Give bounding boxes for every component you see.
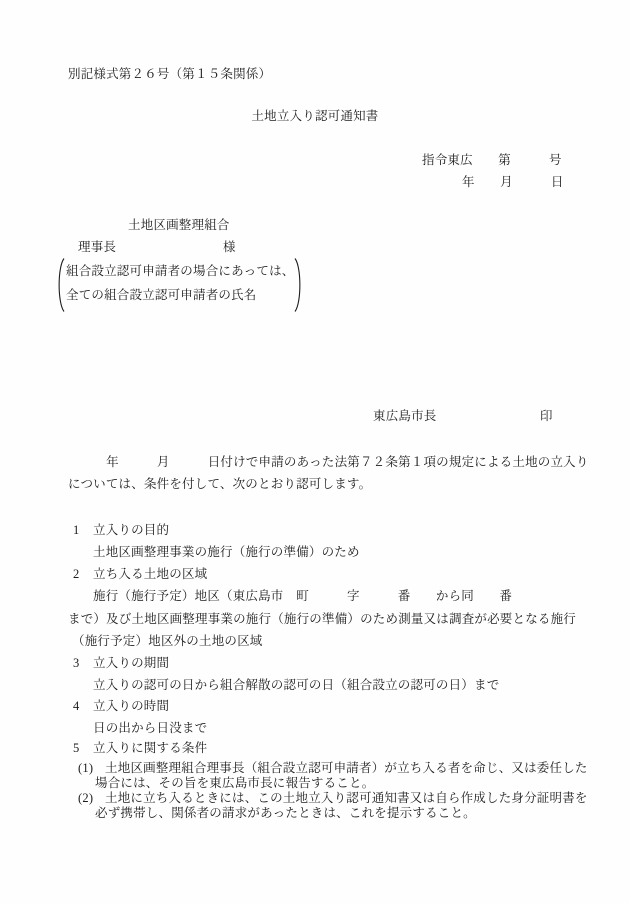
document-title: 土地立入り認可通知書 bbox=[0, 109, 630, 123]
condition-text-line: 土地に立ち入るときには、この土地立入り認可通知書又は自ら作成した身分証明書を bbox=[105, 791, 588, 805]
document-page: 別記様式第２６号（第１５条関係） 土地立入り認可通知書 指令東広 第 号 年 月… bbox=[0, 0, 630, 903]
item-label: 立入りの時間 bbox=[93, 699, 169, 713]
big-paren-left-icon bbox=[54, 257, 66, 318]
addressee-honorific: 様 bbox=[223, 240, 236, 254]
item-label: 立ち入る土地の区域 bbox=[93, 567, 207, 581]
seal-mark: 印 bbox=[540, 409, 553, 423]
form-reference: 別記様式第２６号（第１５条関係） bbox=[68, 67, 271, 81]
item-number: 3 bbox=[73, 656, 79, 670]
item-number: 1 bbox=[73, 523, 79, 537]
condition-number: (2) bbox=[78, 791, 93, 805]
condition-text-line: 必ず携帯し、関係者の請求があったときは、これを提示すること。 bbox=[95, 806, 476, 820]
addressee-chief: 理事長 bbox=[78, 240, 116, 254]
item-label: 立入りに関する条件 bbox=[93, 741, 207, 755]
body-paragraph-line-2: については、条件を付して、次のとおり認可します。 bbox=[68, 477, 371, 491]
addressee-note-line-1: 組合設立認可申請者の場合にあっては、 bbox=[66, 264, 294, 278]
item-content-line: （施行予定）地区外の土地の区域 bbox=[72, 634, 263, 648]
item-number: 4 bbox=[73, 699, 79, 713]
addressee-org: 土地区画整理組合 bbox=[128, 218, 230, 232]
body-paragraph-line-1: 年 月 日付けで申請のあった法第７２条第１項の規定による土地の立入り bbox=[68, 455, 589, 469]
item-content-line: 日の出から日没まで bbox=[93, 721, 207, 735]
item-label: 立入りの目的 bbox=[93, 523, 169, 537]
big-paren-right-icon bbox=[293, 257, 305, 318]
condition-number: (1) bbox=[78, 761, 93, 775]
document-number-line: 指令東広 第 号 bbox=[422, 153, 562, 167]
item-label: 立入りの期間 bbox=[93, 656, 169, 670]
item-number: 5 bbox=[73, 741, 79, 755]
item-content-line: 施行（施行予定）地区（東広島市 町 字 番 から同 番 bbox=[93, 589, 512, 603]
item-content-line: まで）及び土地区画整理事業の施行（施行の準備）のため測量又は調査が必要となる施行 bbox=[68, 612, 576, 626]
item-content-line: 立入りの認可の日から組合解散の認可の日（組合設立の認可の日）まで bbox=[93, 678, 499, 692]
addressee-note-line-2: 全ての組合設立認可申請者の氏名 bbox=[66, 288, 257, 302]
condition-text-line: 場合には、その旨を東広島市長に報告すること。 bbox=[95, 776, 374, 790]
item-content-line: 土地区画整理事業の施行（施行の準備）のため bbox=[93, 545, 360, 559]
item-number: 2 bbox=[73, 567, 79, 581]
date-line: 年 月 日 bbox=[462, 175, 564, 189]
condition-text-line: 土地区画整理組合理事長（組合設立認可申請者）が立ち入る者を命じ、又は委任した bbox=[105, 761, 588, 775]
issuer-name: 東広島市長 bbox=[373, 409, 437, 423]
